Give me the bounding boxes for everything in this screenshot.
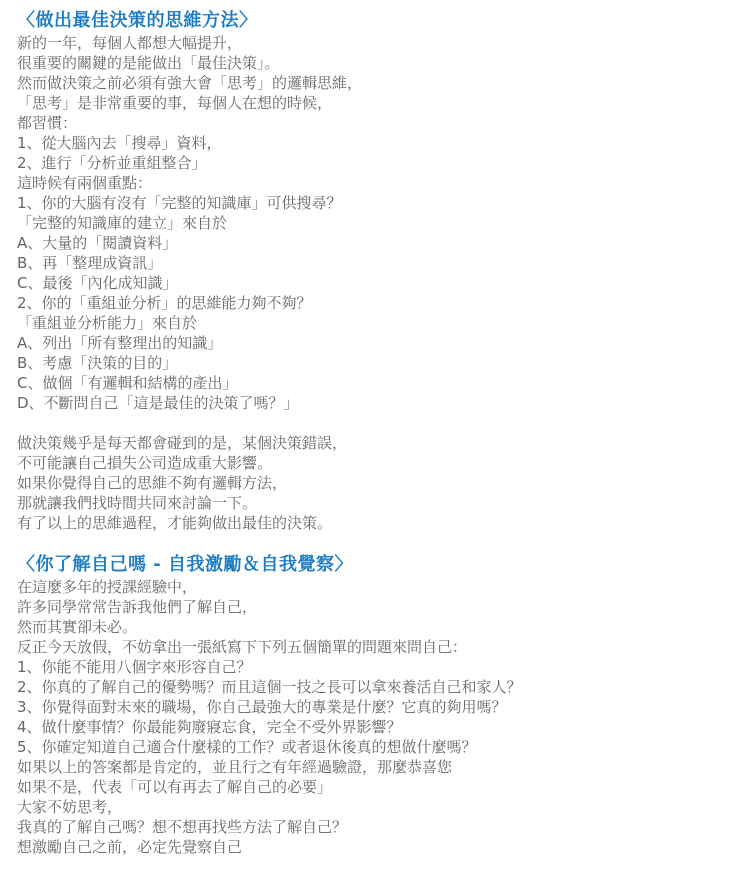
list-item: 1、從大腦內去「搜尋」資料，: [17, 133, 738, 153]
list-item: D、不斷問自己「這是最佳的決策了嗎？」: [17, 393, 738, 413]
section-self-awareness-paragraph-1: 在這麼多年的授課經驗中， 許多同學常常告訴我他們了解自己， 然而其實卻未必。 反…: [17, 577, 738, 857]
text-line: 如果不是，代表「可以有再去了解自己的必要」: [17, 777, 738, 797]
list-item: C、最後「內化成知識」: [17, 273, 738, 293]
list-item: B、考慮「決策的目的」: [17, 353, 738, 373]
paragraph-spacer: [17, 413, 738, 433]
text-line: 然而其實卻未必。: [17, 617, 738, 637]
list-item: 2、你真的了解自己的優勢嗎？而且這個一技之長可以拿來養活自己和家人？: [17, 677, 738, 697]
list-item: 2、你的「重組並分析」的思維能力夠不夠？: [17, 293, 738, 313]
text-line: 有了以上的思維過程，才能夠做出最佳的決策。: [17, 513, 738, 533]
text-line: 如果以上的答案都是肯定的，並且行之有年經過驗證，那麼恭喜您: [17, 757, 738, 777]
list-item: 1、你的大腦有沒有「完整的知識庫」可供搜尋？: [17, 193, 738, 213]
section-spacer: [17, 533, 738, 553]
text-line: 這時候有兩個重點：: [17, 173, 738, 193]
text-line: 「重組並分析能力」來自於: [17, 313, 738, 333]
list-item: C、做個「有邏輯和結構的產出」: [17, 373, 738, 393]
text-line: 我真的了解自己嗎？想不想再找些方法了解自己？: [17, 817, 738, 837]
list-item: A、列出「所有整理出的知識」: [17, 333, 738, 353]
text-line: 想激勵自己之前，必定先覺察自己: [17, 837, 738, 857]
list-item: 2、進行「分析並重組整合」: [17, 153, 738, 173]
text-line: 如果你覺得自己的思維不夠有邏輯方法，: [17, 473, 738, 493]
text-line: 反正今天放假，不妨拿出一張紙寫下下列五個簡單的問題來問自己：: [17, 637, 738, 657]
section-decision-paragraph-1: 新的一年，每個人都想大幅提升， 很重要的關鍵的是能做出「最佳決策」。 然而做決策…: [17, 33, 738, 413]
list-item: 1、你能不能用八個字來形容自己？: [17, 657, 738, 677]
text-line: 那就讓我們找時間共同來討論一下。: [17, 493, 738, 513]
text-line: 大家不妨思考，: [17, 797, 738, 817]
text-line: 在這麼多年的授課經驗中，: [17, 577, 738, 597]
text-line: 「思考」是非常重要的事，每個人在想的時候，: [17, 93, 738, 113]
text-line: 然而做決策之前必須有強大會「思考」的邏輯思維，: [17, 73, 738, 93]
list-item: B、再「整理成資訊」: [17, 253, 738, 273]
text-line: 許多同學常常告訴我他們了解自己，: [17, 597, 738, 617]
text-line: 都習慣：: [17, 113, 738, 133]
text-line: 「完整的知識庫的建立」來自於: [17, 213, 738, 233]
section-title-self-awareness: 〈你了解自己嗎 - 自我激勵＆自我覺察〉: [17, 553, 738, 577]
list-item: A、大量的「閱讀資料」: [17, 233, 738, 253]
text-line: 做決策幾乎是每天都會碰到的是，某個決策錯誤，: [17, 433, 738, 453]
list-item: 5、你確定知道自己適合什麼樣的工作？或者退休後真的想做什麼嗎？: [17, 737, 738, 757]
section-decision-paragraph-2: 做決策幾乎是每天都會碰到的是，某個決策錯誤， 不可能讓自己損失公司造成重大影響。…: [17, 433, 738, 533]
text-line: 很重要的關鍵的是能做出「最佳決策」。: [17, 53, 738, 73]
section-title-decision-thinking: 〈做出最佳決策的思維方法〉: [17, 9, 738, 33]
list-item: 4、做什麼事情？你最能夠廢寢忘食，完全不受外界影響？: [17, 717, 738, 737]
text-line: 新的一年，每個人都想大幅提升，: [17, 33, 738, 53]
article: 〈做出最佳決策的思維方法〉 新的一年，每個人都想大幅提升， 很重要的關鍵的是能做…: [0, 0, 738, 857]
list-item: 3、你覺得面對未來的職場，你自己最強大的專業是什麼？它真的夠用嗎？: [17, 697, 738, 717]
text-line: 不可能讓自己損失公司造成重大影響。: [17, 453, 738, 473]
